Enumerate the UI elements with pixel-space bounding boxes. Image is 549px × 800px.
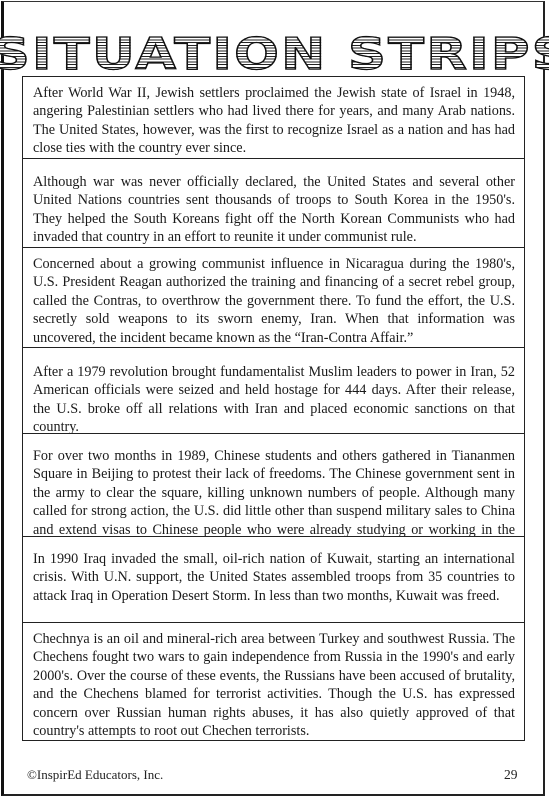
situation-strip-israel: After World War II, Jewish settlers proc… <box>22 76 525 159</box>
strip-text: Concerned about a growing communist infl… <box>33 255 515 347</box>
strip-text: After World War II, Jewish settlers proc… <box>33 84 515 158</box>
situation-strip-tiananmen: For over two months in 1989, Chinese stu… <box>22 433 525 537</box>
copyright-notice: ©InspirEd Educators, Inc. <box>27 767 163 783</box>
strip-text: Although war was never officially declar… <box>33 166 515 247</box>
situation-strip-iran-contra: Concerned about a growing communist infl… <box>22 247 525 348</box>
situation-strip-korea: Although war was never officially declar… <box>22 158 525 248</box>
situation-strip-iran-hostages: After a 1979 revolution brought fundamen… <box>22 347 525 434</box>
strip-text: After a 1979 revolution brought fundamen… <box>33 355 515 437</box>
page-number: 29 <box>504 767 518 783</box>
strip-text: Chechnya is an oil and mineral-rich area… <box>33 630 515 740</box>
strip-text: In 1990 Iraq invaded the small, oil-rich… <box>33 544 515 605</box>
situation-strip-kuwait: In 1990 Iraq invaded the small, oil-rich… <box>22 536 525 623</box>
situation-strip-chechnya: Chechnya is an oil and mineral-rich area… <box>22 622 525 741</box>
page-title: SITUATION STRIPS <box>0 32 549 78</box>
